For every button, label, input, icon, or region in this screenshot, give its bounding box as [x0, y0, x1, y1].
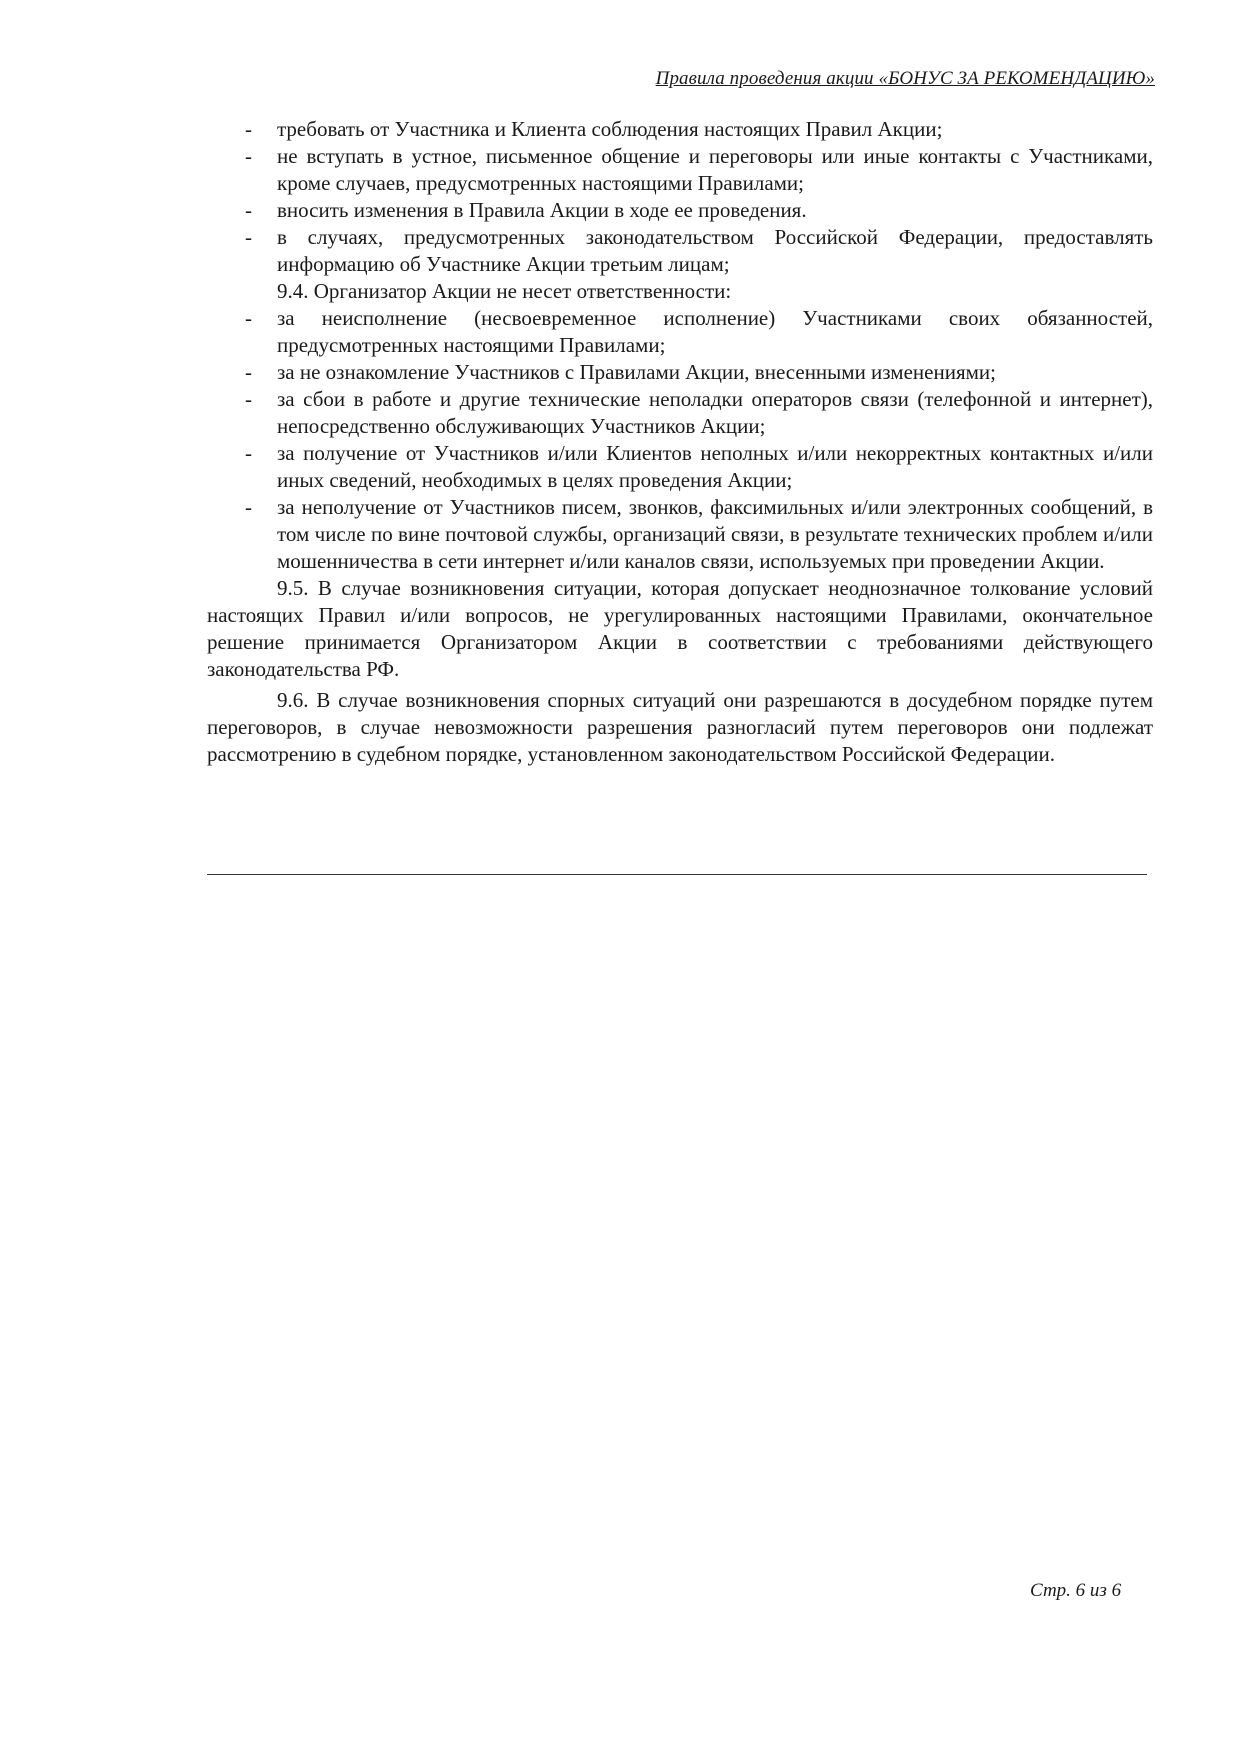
list-item: -требовать от Участника и Клиента соблюд… — [207, 116, 1153, 143]
list-item-text: вносить изменения в Правила Акции в ходе… — [277, 198, 807, 222]
list-item-text: в случаях, предусмотренных законодательс… — [277, 225, 1153, 276]
list-item-text: за не ознакомление Участников с Правилам… — [277, 360, 996, 384]
list-item: -вносить изменения в Правила Акции в ход… — [207, 197, 1153, 224]
list-item: -не вступать в устное, письменное общени… — [207, 143, 1153, 197]
section-9-5-paragraph: 9.5. В случае возникновения ситуации, ко… — [207, 575, 1153, 683]
bullet-dash: - — [245, 440, 252, 467]
horizontal-divider — [207, 874, 1147, 875]
document-header-title: Правила проведения акции «БОНУС ЗА РЕКОМ… — [656, 68, 1155, 90]
bullet-dash: - — [245, 359, 252, 386]
bullet-dash: - — [245, 305, 252, 332]
bullet-dash: - — [245, 494, 252, 521]
list-item-text: за сбои в работе и другие технические не… — [277, 387, 1153, 438]
list-item-text: за неполучение от Участников писем, звон… — [277, 495, 1153, 573]
bullet-dash: - — [245, 143, 252, 170]
bullet-dash: - — [245, 197, 252, 224]
list-item: -в случаях, предусмотренных законодатель… — [207, 224, 1153, 278]
list-item-text: требовать от Участника и Клиента соблюде… — [277, 117, 942, 141]
list-item: -за не ознакомление Участников с Правила… — [207, 359, 1153, 386]
list-item: -за сбои в работе и другие технические н… — [207, 386, 1153, 440]
list-item-text: за получение от Участников и/или Клиенто… — [277, 441, 1153, 492]
bullet-dash: - — [245, 224, 252, 251]
list-item-text: не вступать в устное, письменное общение… — [277, 144, 1153, 195]
list-item-text: за неисполнение (несвоевременное исполне… — [277, 306, 1153, 357]
page-number: Стр. 6 из 6 — [1030, 1580, 1121, 1602]
bullet-dash: - — [245, 116, 252, 143]
list-item: -за получение от Участников и/или Клиент… — [207, 440, 1153, 494]
list-item: -за неисполнение (несвоевременное исполн… — [207, 305, 1153, 359]
section-9-4-heading: 9.4. Организатор Акции не несет ответств… — [207, 278, 1153, 305]
list-item: -за неполучение от Участников писем, зво… — [207, 494, 1153, 575]
bullet-dash: - — [245, 386, 252, 413]
section-9-6-paragraph: 9.6. В случае возникновения спорных ситу… — [207, 687, 1153, 768]
document-body: -требовать от Участника и Клиента соблюд… — [207, 116, 1153, 768]
